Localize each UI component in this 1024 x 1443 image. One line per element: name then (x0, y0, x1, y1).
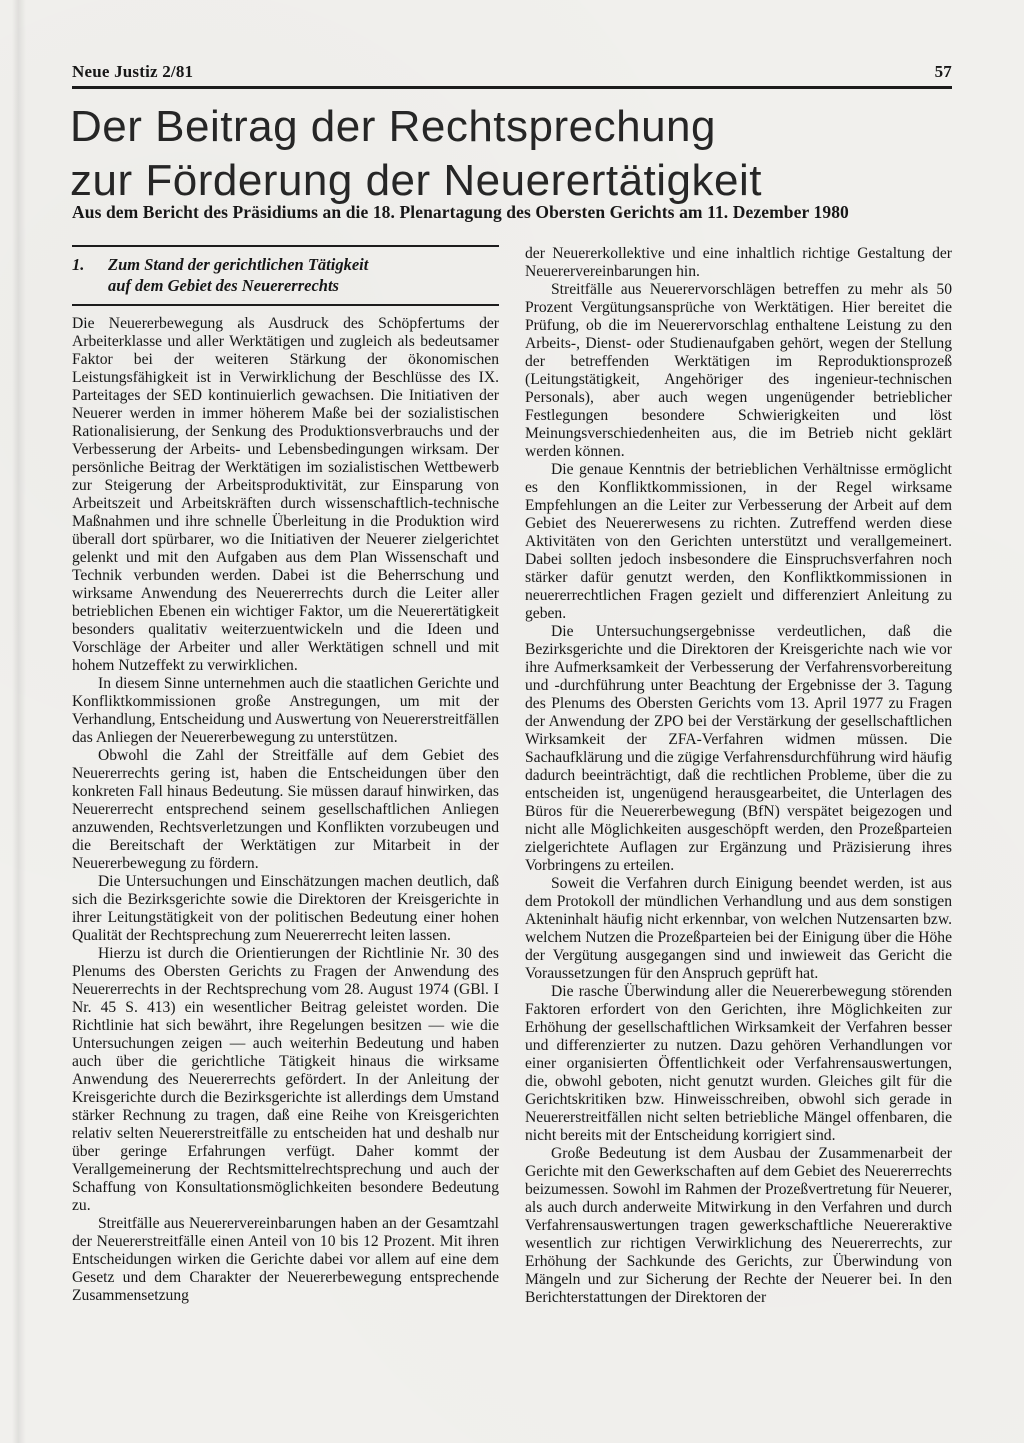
journal-page: Neue Justiz 2/81 57 Der Beitrag der Rech… (0, 0, 1024, 1443)
page-header: Neue Justiz 2/81 57 (72, 62, 952, 82)
body-paragraph: der Neuererkollektive und eine inhaltlic… (525, 245, 952, 281)
body-paragraph: Soweit die Verfahren durch Einigung been… (525, 875, 952, 983)
body-paragraph: In diesem Sinne unternehmen auch die sta… (72, 675, 499, 747)
journal-title: Neue Justiz 2/81 (72, 62, 193, 82)
body-paragraph: Die Untersuchungsergebnisse verdeutliche… (525, 623, 952, 875)
title-line-2: zur Förderung der Neuerertätigkeit (70, 154, 762, 208)
section-heading-line-2: auf dem Gebiet des Neuererrechts (108, 275, 368, 296)
left-column: 1. Zum Stand der gerichtlichen Tätigkeit… (72, 245, 499, 1307)
header-rule (72, 86, 952, 89)
body-paragraph: Große Bedeutung ist dem Ausbau der Zusam… (525, 1145, 952, 1307)
page-number: 57 (935, 62, 952, 82)
body-paragraph: Die genaue Kenntnis der betrieblichen Ve… (525, 461, 952, 623)
article-subtitle: Aus dem Bericht des Präsidiums an die 18… (72, 202, 849, 223)
content-columns: 1. Zum Stand der gerichtlichen Tätigkeit… (72, 245, 952, 1307)
body-paragraph: Die Neuererbewegung als Ausdruck des Sch… (72, 315, 499, 675)
body-paragraph: Obwohl die Zahl der Streitfälle auf dem … (72, 747, 499, 873)
article-title: Der Beitrag der Rechtsprechung zur Förde… (70, 100, 762, 208)
section-heading-line-1: Zum Stand der gerichtlichen Tätigkeit (108, 254, 368, 275)
right-column: der Neuererkollektive und eine inhaltlic… (525, 245, 952, 1307)
section-heading-lines: Zum Stand der gerichtlichen Tätigkeit au… (108, 254, 368, 296)
body-paragraph: Streitfälle aus Neuerervorschlägen betre… (525, 281, 952, 461)
section-number: 1. (72, 254, 108, 296)
body-paragraph: Die rasche Überwindung aller die Neuerer… (525, 983, 952, 1145)
body-paragraph: Die Untersuchungen und Einschätzungen ma… (72, 873, 499, 945)
title-line-1: Der Beitrag der Rechtsprechung (70, 100, 762, 154)
section-heading: 1. Zum Stand der gerichtlichen Tätigkeit… (72, 245, 499, 306)
body-paragraph: Hierzu ist durch die Orientierungen der … (72, 945, 499, 1215)
body-paragraph: Streitfälle aus Neuerervereinbarungen ha… (72, 1215, 499, 1305)
